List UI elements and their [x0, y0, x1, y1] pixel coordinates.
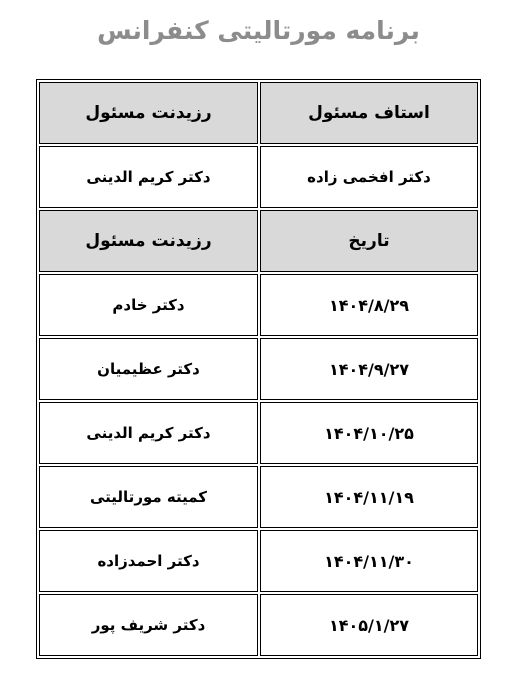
staff-header-cell: استاف مسئول [260, 82, 478, 144]
resident-cell: دکتر شریف پور [39, 594, 258, 656]
staff-name-cell: دکتر افخمی زاده [260, 146, 478, 208]
date-header-cell: تاریخ [260, 210, 478, 272]
table-row: ۱۴۰۵/۱/۲۷ دکتر شریف پور [39, 594, 478, 656]
date-cell: ۱۴۰۴/۱۱/۳۰ [260, 530, 478, 592]
page-title: برنامه مورتالیتی کنفرانس [0, 0, 517, 48]
schedule-header-row: تاریخ رزیدنت مسئول [39, 210, 478, 272]
resident-name-cell: دکتر کریم الدینی [39, 146, 258, 208]
table-row: ۱۴۰۴/۱۰/۲۵ دکتر کریم الدینی [39, 402, 478, 464]
resident-header-cell: رزیدنت مسئول [39, 82, 258, 144]
resident-cell: دکتر احمدزاده [39, 530, 258, 592]
schedule-resident-header-cell: رزیدنت مسئول [39, 210, 258, 272]
table-row: ۱۴۰۴/۹/۲۷ دکتر عظیمیان [39, 338, 478, 400]
mortality-conference-table: استاف مسئول رزیدنت مسئول دکتر افخمی زاده… [36, 79, 481, 659]
table-row: ۱۴۰۴/۸/۲۹ دکتر خادم [39, 274, 478, 336]
resident-cell: دکتر خادم [39, 274, 258, 336]
staff-name-row: دکتر افخمی زاده دکتر کریم الدینی [39, 146, 478, 208]
date-cell: ۱۴۰۴/۱۰/۲۵ [260, 402, 478, 464]
table-row: ۱۴۰۴/۱۱/۱۹ کمیته مورتالیتی [39, 466, 478, 528]
date-cell: ۱۴۰۴/۹/۲۷ [260, 338, 478, 400]
date-cell: ۱۴۰۵/۱/۲۷ [260, 594, 478, 656]
resident-cell: دکتر کریم الدینی [39, 402, 258, 464]
date-cell: ۱۴۰۴/۱۱/۱۹ [260, 466, 478, 528]
resident-cell: دکتر عظیمیان [39, 338, 258, 400]
resident-cell: کمیته مورتالیتی [39, 466, 258, 528]
table-row: ۱۴۰۴/۱۱/۳۰ دکتر احمدزاده [39, 530, 478, 592]
date-cell: ۱۴۰۴/۸/۲۹ [260, 274, 478, 336]
staff-header-row: استاف مسئول رزیدنت مسئول [39, 82, 478, 144]
